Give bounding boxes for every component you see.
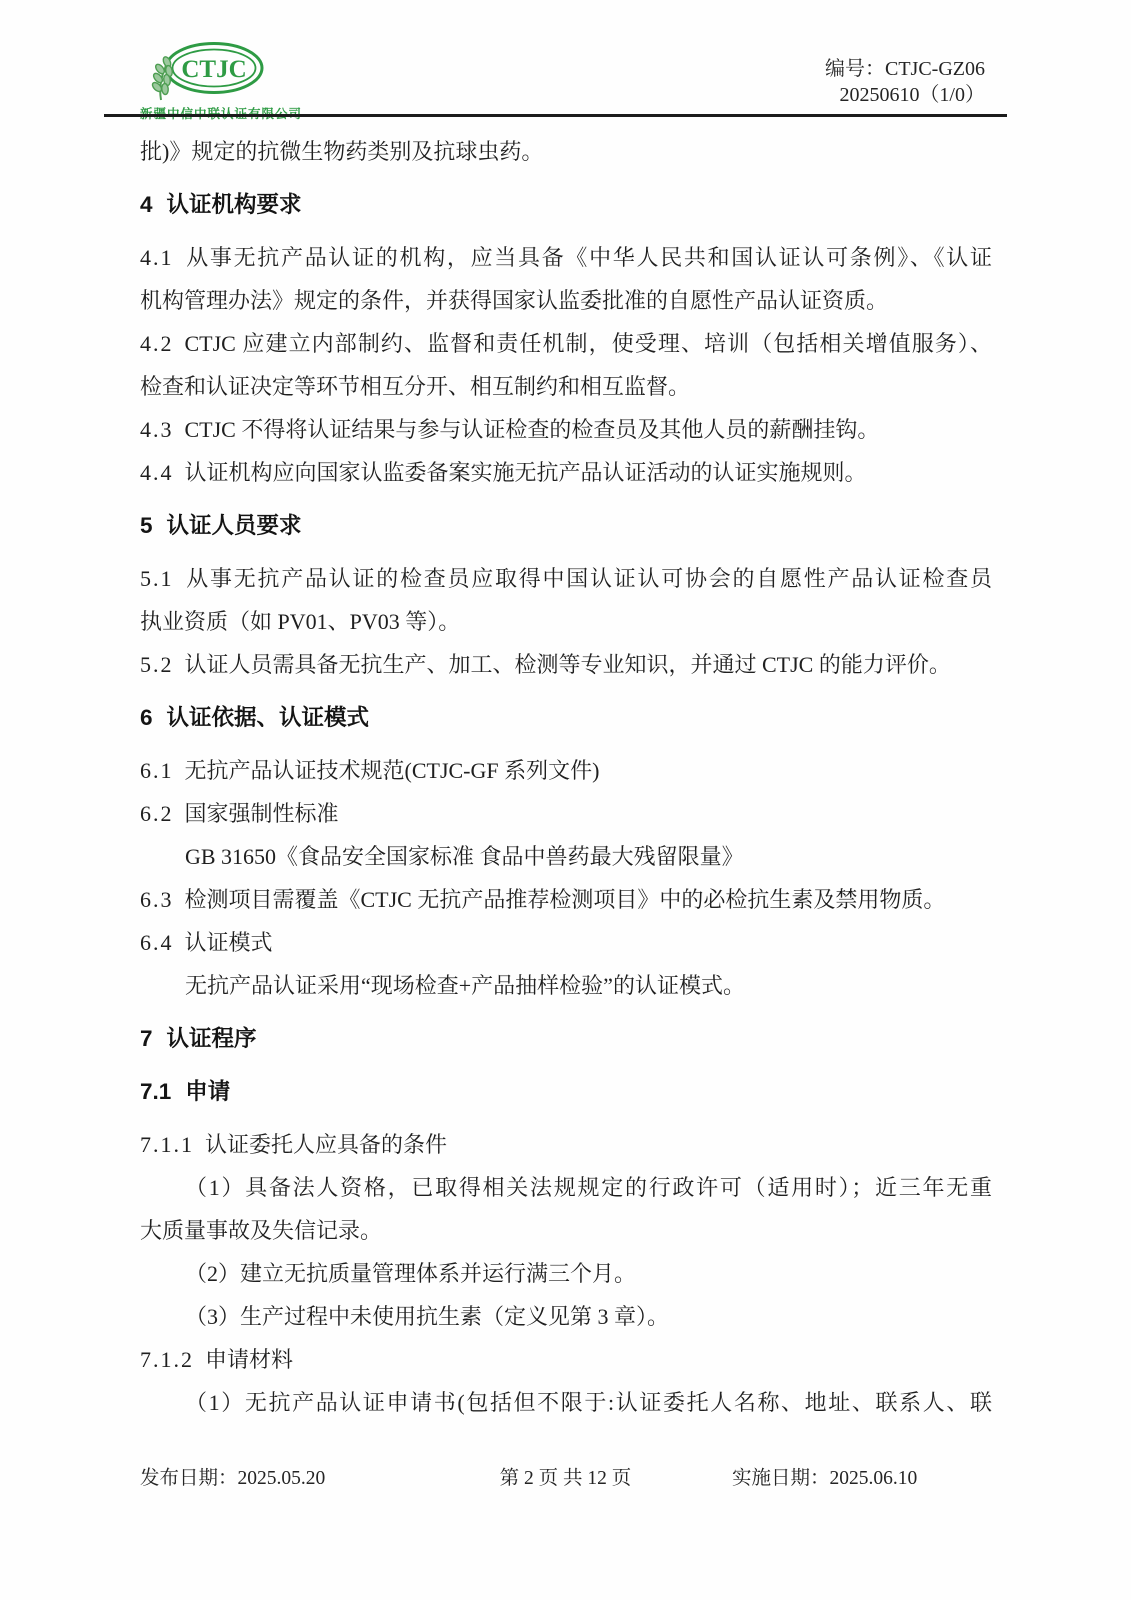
clause-text: 从事无抗产品认证的机构，应当具备《中华人民共和国认证认可条例》、《认证 [185,245,993,270]
clause-text: 检测项目需覆盖《CTJC 无抗产品推荐检测项目》中的必检抗生素及禁用物质。 [185,887,946,912]
clause-number: 6 [140,705,153,730]
document-body: 批)》规定的抗微生物药类别及抗球虫药。4认证机构要求4.1从事无抗产品认证的机构… [140,130,992,1424]
clause-number: 7.1 [140,1079,171,1104]
clause-number: 6.3 [140,887,174,912]
section-heading: 7认证程序 [140,1017,992,1060]
clause-text: 认证模式 [185,930,273,955]
clause-text: 认证人员需具备无抗生产、加工、检测等专业知识，并通过 CTJC 的能力评价。 [185,652,951,677]
page-footer: 发布日期：2025.05.20 第 2 页 共 12 页 实施日期：2025.0… [140,1457,991,1500]
doc-line: 7.1.1认证委托人应具备的条件 [140,1123,992,1166]
doc-line: GB 31650《食品安全国家标准 食品中兽药最大残留限量》 [140,835,992,878]
section-heading: 5认证人员要求 [140,504,992,547]
clause-text: 国家强制性标准 [185,801,339,826]
clause-number: 4.4 [140,460,174,485]
doc-version: 20250610（1/0） [825,82,985,108]
clause-number: 5.1 [140,566,174,591]
doc-line: 4.1从事无抗产品认证的机构，应当具备《中华人民共和国认证认可条例》、《认证 [140,236,992,279]
doc-line: 6.1无抗产品认证技术规范(CTJC-GF 系列文件) [140,749,992,792]
clause-number: 4 [140,192,153,217]
clause-text: 认证依据、认证模式 [167,705,370,730]
clause-text: CTJC 不得将认证结果与参与认证检查的检查员及其他人员的薪酬挂钩。 [185,417,880,442]
section-heading: 7.1申请 [140,1070,992,1113]
doc-line: 6.3检测项目需覆盖《CTJC 无抗产品推荐检测项目》中的必检抗生素及禁用物质。 [140,878,992,921]
clause-number: 5 [140,513,153,538]
clause-number: 4.2 [140,331,174,356]
implementation-date: 实施日期：2025.06.10 [732,1457,917,1500]
clause-text: CTJC 应建立内部制约、监督和责任机制，使受理、培训（包括相关增值服务）、 [185,331,993,356]
logo-text: CTJC [181,56,246,83]
doc-line: 4.4认证机构应向国家认监委备案实施无抗产品认证活动的认证实施规则。 [140,451,992,494]
company-logo: CTJC 新疆中信中联认证有限公司 [140,42,302,122]
doc-line: 检查和认证决定等环节相互分开、相互制约和相互监督。 [140,365,992,408]
doc-line: 4.3CTJC 不得将认证结果与参与认证检查的检查员及其他人员的薪酬挂钩。 [140,408,992,451]
clause-number: 6.4 [140,930,174,955]
document-page: CTJC 新疆中信中联认证有限公司 编号：CTJC-GZ06 20250610（… [0,0,1131,1600]
clause-number: 4.3 [140,417,174,442]
doc-line: 执业资质（如 PV01、PV03 等）。 [140,600,992,643]
clause-text: 申请 [185,1079,230,1104]
clause-number: 7.1.2 [140,1347,194,1372]
doc-line: （2）建立无抗质量管理体系并运行满三个月。 [140,1252,992,1295]
clause-text: 认证委托人应具备的条件 [205,1132,447,1157]
clause-text: 认证程序 [167,1026,257,1051]
clause-text: 认证机构应向国家认监委备案实施无抗产品认证活动的认证实施规则。 [185,460,867,485]
ctjc-logo-icon: CTJC [140,42,266,102]
clause-text: 无抗产品认证技术规范(CTJC-GF 系列文件) [185,758,600,783]
doc-line: 批)》规定的抗微生物药类别及抗球虫药。 [140,130,992,173]
doc-number: 编号：CTJC-GZ06 [825,56,985,82]
doc-line: （1）无抗产品认证申请书(包括但不限于:认证委托人名称、地址、联系人、联 [140,1381,992,1424]
doc-line: 6.2国家强制性标准 [140,792,992,835]
wheat-icon [151,56,173,100]
doc-line: 6.4认证模式 [140,921,992,964]
doc-line: 机构管理办法》规定的条件，并获得国家认监委批准的自愿性产品认证资质。 [140,279,992,322]
section-heading: 6认证依据、认证模式 [140,696,992,739]
page-header: CTJC 新疆中信中联认证有限公司 编号：CTJC-GZ06 20250610（… [140,42,985,122]
clause-number: 7 [140,1026,153,1051]
clause-text: 申请材料 [205,1347,293,1372]
doc-line: 4.2CTJC 应建立内部制约、监督和责任机制，使受理、培训（包括相关增值服务）… [140,322,992,365]
clause-number: 7.1.1 [140,1132,194,1157]
clause-number: 5.2 [140,652,174,677]
doc-line: 大质量事故及失信记录。 [140,1209,992,1252]
doc-meta: 编号：CTJC-GZ06 20250610（1/0） [825,42,985,108]
clause-text: 从事无抗产品认证的检查员应取得中国认证认可协会的自愿性产品认证检查员 [185,566,993,591]
header-divider [104,114,1007,117]
clause-number: 6.2 [140,801,174,826]
clause-number: 4.1 [140,245,174,270]
company-name: 新疆中信中联认证有限公司 [140,104,302,122]
section-heading: 4认证机构要求 [140,183,992,226]
clause-text: 认证人员要求 [167,513,302,538]
doc-line: 无抗产品认证采用“现场检查+产品抽样检验”的认证模式。 [140,964,992,1007]
doc-line: （1）具备法人资格，已取得相关法规规定的行政许可（适用时）；近三年无重 [140,1166,992,1209]
doc-line: 5.2认证人员需具备无抗生产、加工、检测等专业知识，并通过 CTJC 的能力评价… [140,643,992,686]
clause-number: 6.1 [140,758,174,783]
doc-line: 7.1.2申请材料 [140,1338,992,1381]
doc-line: 5.1从事无抗产品认证的检查员应取得中国认证认可协会的自愿性产品认证检查员 [140,557,992,600]
doc-line: （3）生产过程中未使用抗生素（定义见第 3 章）。 [140,1295,992,1338]
clause-text: 认证机构要求 [167,192,302,217]
